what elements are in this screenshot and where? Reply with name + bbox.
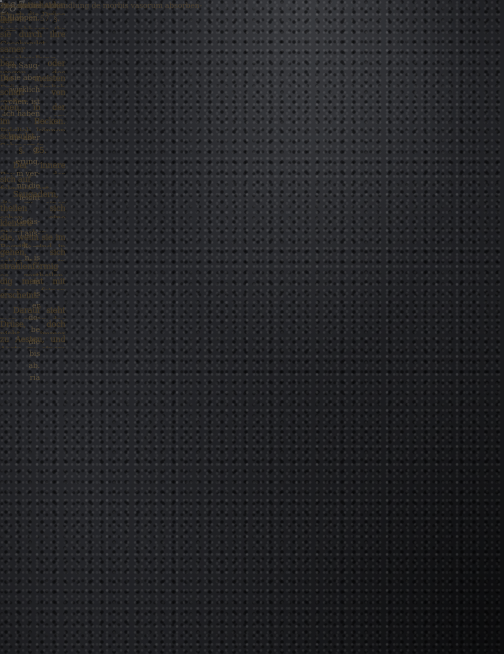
text-line: §. 25. bbox=[0, 145, 65, 160]
fragment-line: ria bbox=[0, 372, 40, 384]
text-line: ben, oder wegen des Drucks unempfindlich… bbox=[0, 58, 65, 73]
text-line: schaft von großen Nervenstämmen — so in … bbox=[0, 87, 65, 102]
text-line: samer Anschwellung entweder aus seiner L… bbox=[0, 44, 65, 59]
text-line: erscheint. bbox=[0, 290, 65, 305]
fragment-line: bis bbox=[0, 348, 40, 360]
text-line: kleinere Stämmchen, oder einführende Gef… bbox=[0, 218, 65, 233]
text-line: dig meist mit einem feinen Netze derselb… bbox=[0, 276, 65, 291]
text-line: im Becken. Folglich können sie leicht du… bbox=[0, 116, 65, 131]
bookmark-tab-cap bbox=[0, 0, 2, 2]
fragment-line: ab. bbox=[0, 360, 40, 372]
text-line: die, wenn sie im Begriffe sind, in die D… bbox=[0, 232, 65, 247]
text-line: Die meisten Drüsen nämlich liegen in der… bbox=[0, 73, 65, 88]
book: ter als dien Klappen,en Saug-b sie aberw… bbox=[0, 0, 504, 654]
text-line: Der innere Bau der Saugaderdrüsen verhäl… bbox=[0, 160, 65, 175]
page-text: zu entscheiden ist, ob die Drüse selbst … bbox=[0, 0, 65, 348]
text-line: sie durch ihre Geschwulst drückt, und de… bbox=[0, 29, 65, 44]
footnote-line: tium im 57. §. bbox=[0, 13, 202, 26]
text-line: gehen, sich schleunig in kleinere Aeste … bbox=[0, 247, 65, 262]
text-line: Darauf sieht man gegen das andere Ende d… bbox=[0, 305, 65, 320]
page-footnote: 1) S. meine Abhandlung de morbis vasorum… bbox=[0, 0, 202, 26]
photo-scene: ter als dien Klappen,en Saug-b sie aberw… bbox=[0, 0, 504, 654]
footnote-line: 1) S. meine Abhandlung de morbis vasorum… bbox=[0, 0, 202, 13]
text-line: theilen sich schon eine Strecke lang zuv… bbox=[0, 203, 65, 218]
text-line: Drüse, doch nicht immer gleichdeutlich, … bbox=[0, 319, 65, 334]
text-line: schwulst Schmerz in diesen Nerven errege… bbox=[0, 131, 65, 146]
text-line: zu Aesten, und Aeste zu einem Stämmchen … bbox=[0, 334, 65, 349]
text-line: chen, in der Achsel, am Halse, an der Lu… bbox=[0, 102, 65, 117]
text-line: strahlenförmig so zertheilen, daß die Dr… bbox=[0, 261, 65, 276]
text-line: sich auf folgende Art: bbox=[0, 174, 65, 189]
text-line: Saugadern, die zu einer Drüse sich verän… bbox=[0, 189, 65, 204]
